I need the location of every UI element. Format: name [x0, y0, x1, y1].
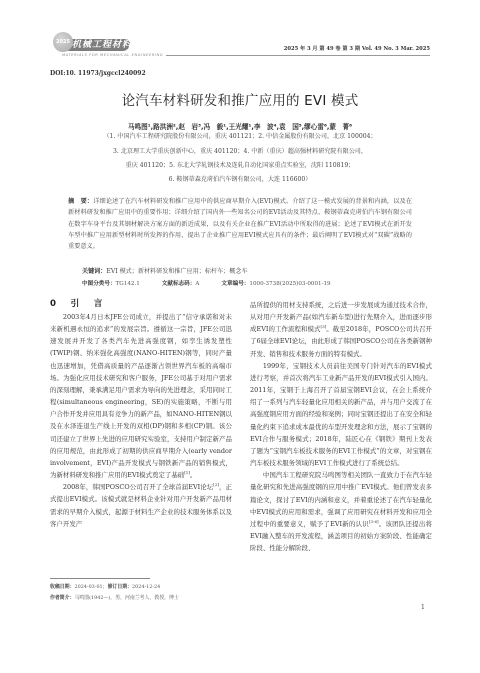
clc-label: 中图分类号：	[82, 281, 116, 287]
classification-info: 中图分类号：TG142.1文献标志码：A文章编号：1000-3738(2025)…	[82, 279, 331, 287]
page-number: 1	[421, 604, 425, 611]
paragraph: 中国汽车工程研究院马鸣图等相关团队一直致力于在汽车轻量化研究和先进高强度钢的应用…	[250, 469, 432, 554]
citation[interactable]: [3-6]	[369, 519, 379, 524]
header-rule	[166, 55, 430, 56]
right-column: 品所提供的用材支持系统，之后进一步发展成为通过技术合作，从对用户开发新产品(如汽…	[250, 299, 432, 554]
journal-name-en: MATERIALS FOR MECHANICAL ENGINEERING	[62, 53, 163, 57]
paragraph: 2008年，韩国POSCO公司召开了全球首届EVI论坛[2]，正式提出EVI模式…	[50, 481, 232, 530]
issue-info: 2025 年 3 月 第 49 卷 第 3 期 Vol. 49 No. 3 Ma…	[284, 45, 430, 52]
left-column: 2003年4月日本JFE公司成立，并提出了“信守承诺和对未来新机遇永恒的追求”的…	[50, 311, 232, 530]
abstract-label: 摘 要：	[68, 198, 93, 205]
article-no-value: 1000-3738(2025)03-0001-19	[249, 281, 330, 287]
clc-value: TG142.1	[116, 281, 140, 287]
doc-code-value: A	[195, 281, 199, 287]
affiliation-line: （1. 中国汽车工程研究院股份有限公司，重庆 401121；2. 中信金属股份有…	[0, 132, 480, 142]
keywords: 关键词：EVI 模式；新材料研发和推广应用；标杆车；概念车	[82, 266, 248, 275]
author-list: 马鸣图¹,路洪洲²,赵 岩³,冯 毅¹,王光耀¹,李 波⁴,袁 国⁵,缪心雷⁶,…	[0, 121, 480, 131]
affiliation-line: 3. 北京理工大学重庆创新中心，重庆 401120；4. 中新（重庆）超高强材料…	[0, 147, 480, 157]
paper-title: 论汽车材料研发和推广应用的 EVI 模式	[0, 89, 480, 109]
journal-name-cn: 机械工程材料	[72, 39, 132, 51]
affiliation-line: 6. 鞍钢蒂森克虏伯汽车钢有限公司，大连 116600）	[0, 175, 480, 185]
abstract-text: 详细论述了在汽车材料研发和推广应用中的供应商早期介入(EVI)模式。介绍了这一模…	[68, 198, 412, 250]
doc-code-label: 文献标志码：	[162, 281, 196, 287]
affiliation-line: 重庆 401120；5. 东北大学轧钢技术及连轧自动化国家重点实验室，沈阳 11…	[0, 161, 480, 171]
paragraph: 2003年4月日本JFE公司成立，并提出了“信守承诺和对未来新机遇永恒的追求”的…	[50, 311, 232, 481]
section-heading: 0 引 言	[50, 297, 105, 309]
paper-page: 2025 机械工程材料 MATERIALS FOR MECHANICAL ENG…	[0, 0, 480, 673]
paragraph: 品所提供的用材支持系统，之后进一步发展成为通过技术合作，从对用户开发新产品(如汽…	[250, 299, 432, 360]
footnote-rule	[50, 578, 150, 579]
keywords-text: EVI 模式；新材料研发和推广应用；标杆车；概念车	[106, 268, 247, 275]
article-no-label: 文章编号：	[221, 281, 249, 287]
abstract: 摘 要：详细论述了在汽车材料研发和推广应用中的供应商早期介入(EVI)模式。介绍…	[68, 196, 412, 252]
logo-badge-icon: 2025	[53, 32, 73, 52]
doi: DOI:10. 11973/jxgccl240092	[50, 70, 146, 77]
journal-header: 2025 机械工程材料 MATERIALS FOR MECHANICAL ENG…	[50, 28, 430, 64]
paragraph: 1999年，宝钢技术人员前往美国专门针对汽车的EVI模式进行考察，并首次将汽车工…	[250, 360, 432, 469]
keywords-label: 关键词：	[82, 268, 106, 275]
footnote-dates: 收稿日期：2024-03-01；修订日期：2024-12-24	[50, 583, 160, 590]
footnote-author: 作者简介：马鸣图(1942—)，男，河南兰考人，教授，博士	[50, 594, 179, 601]
